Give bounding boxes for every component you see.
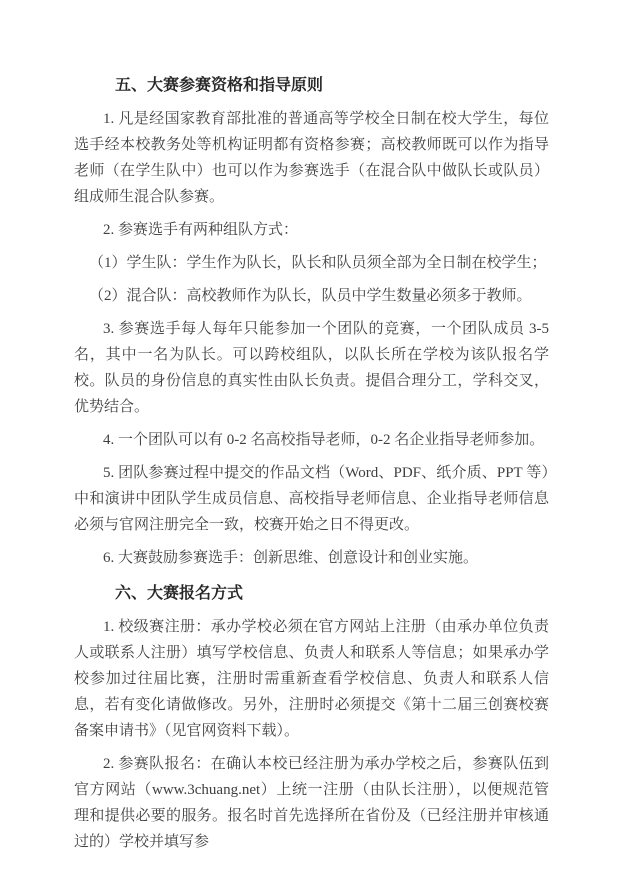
document-page: 五、大赛参赛资格和指导原则 1. 凡是经国家教育部批准的普通高等学校全日制在校大… — [0, 0, 625, 882]
paragraph-eligibility-5: 5. 团队参赛过程中提交的作品文档（Word、PDF、纸介质、PPT 等）中和演… — [74, 460, 549, 538]
paragraph-eligibility-4: 4. 一个团队可以有 0-2 名高校指导老师，0-2 名企业指导老师参加。 — [74, 427, 549, 453]
paragraph-registration-team: 2. 参赛队报名：在确认本校已经注册为承办学校之后，参赛队伍到官方网站（www.… — [74, 751, 549, 855]
paragraph-team-type-mixed: （2）混合队：高校教师作为队长，队员中学生数量必须多于教师。 — [74, 283, 549, 309]
section-heading-eligibility: 五、大赛参赛资格和指导原则 — [74, 73, 549, 99]
paragraph-registration-school: 1. 校级赛注册：承办学校必须在官方网站上注册（由承办单位负责人或联系人注册）填… — [74, 614, 549, 744]
section-heading-registration: 六、大赛报名方式 — [74, 581, 549, 607]
paragraph-eligibility-1: 1. 凡是经国家教育部批准的普通高等学校全日制在校大学生，每位选手经本校教务处等… — [74, 106, 549, 210]
paragraph-eligibility-2: 2. 参赛选手有两种组队方式： — [74, 217, 549, 243]
paragraph-eligibility-3: 3. 参赛选手每人每年只能参加一个团队的竞赛，一个团队成员 3-5 名，其中一名… — [74, 316, 549, 420]
paragraph-team-type-student: （1）学生队：学生作为队长，队长和队员须全部为全日制在校学生； — [74, 250, 549, 276]
section-eligibility-and-principles: 五、大赛参赛资格和指导原则 1. 凡是经国家教育部批准的普通高等学校全日制在校大… — [74, 73, 549, 571]
paragraph-eligibility-6: 6. 大赛鼓励参赛选手：创新思维、创意设计和创业实施。 — [74, 545, 549, 571]
section-registration-method: 六、大赛报名方式 1. 校级赛注册：承办学校必须在官方网站上注册（由承办单位负责… — [74, 581, 549, 855]
